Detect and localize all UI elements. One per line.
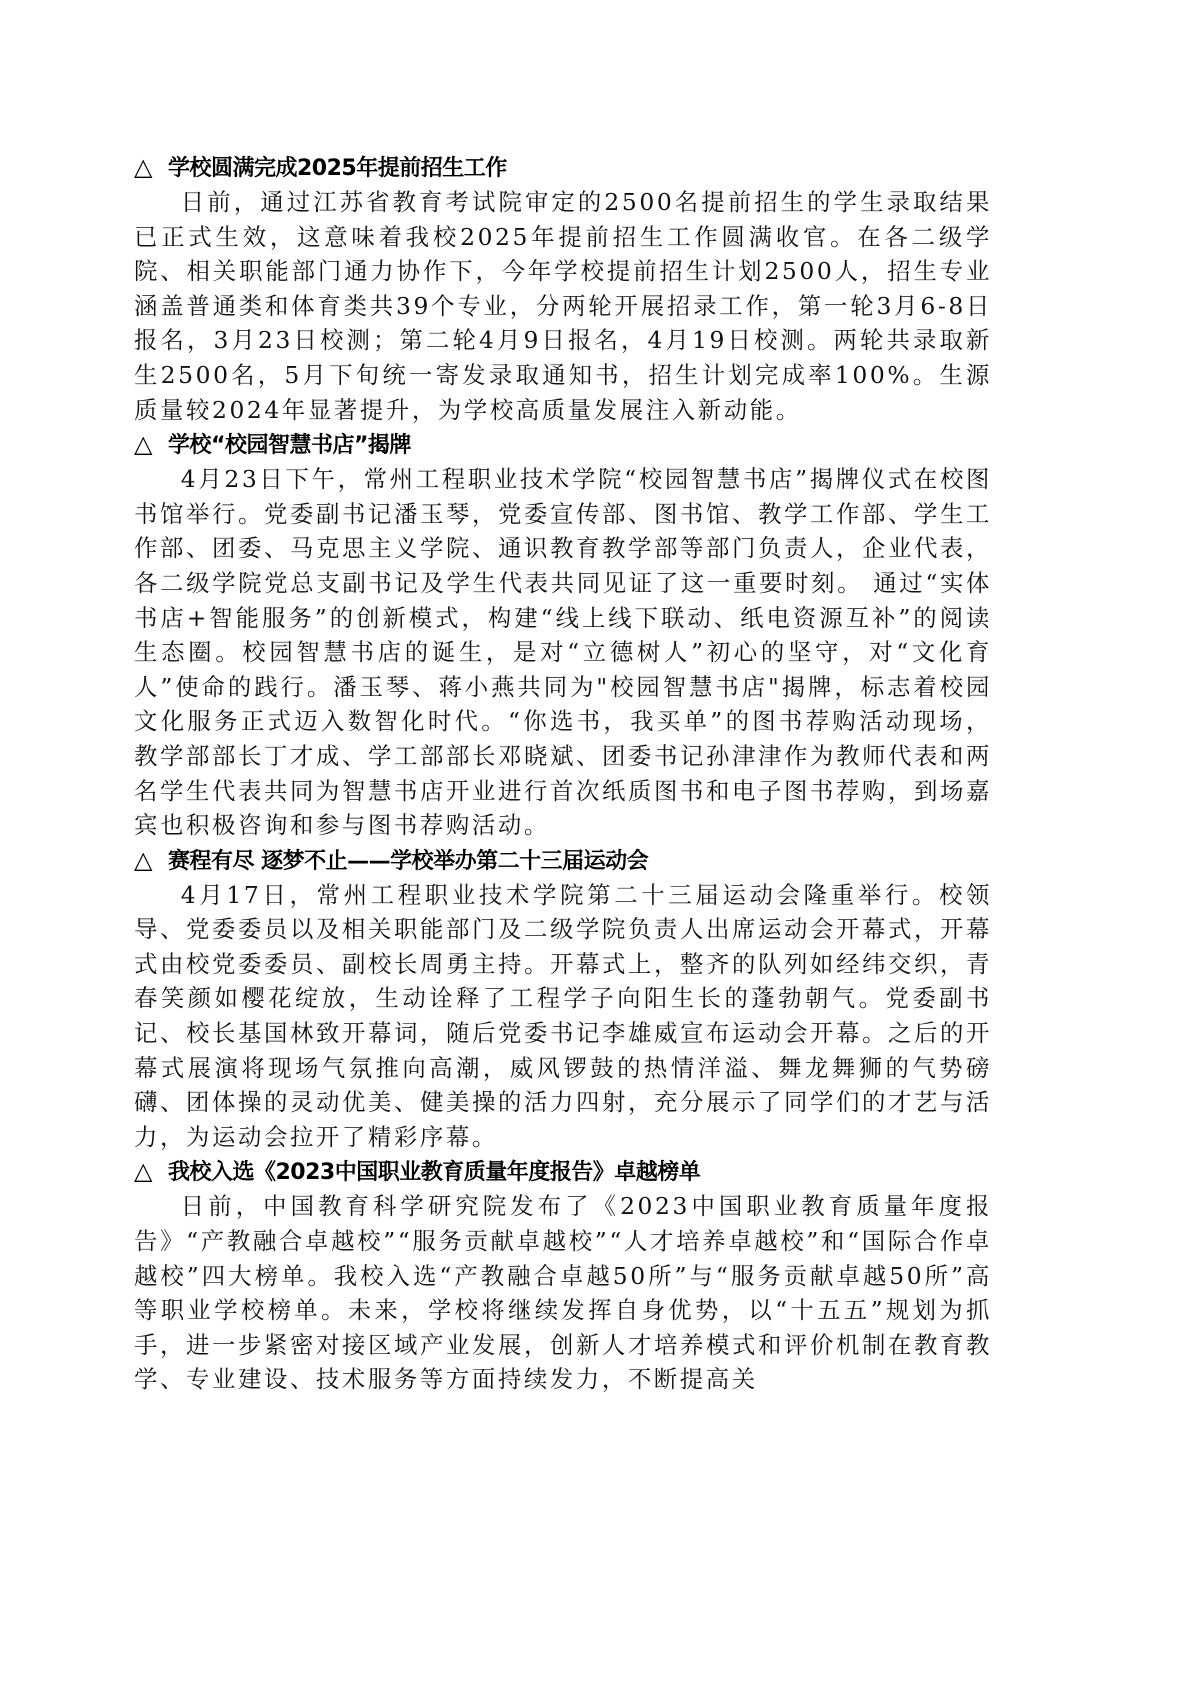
triangle-icon: △ — [134, 1154, 168, 1189]
section-body: 4月23日下午，常州工程职业技术学院“校园智慧书店”揭牌仪式在校图书馆举行。党委… — [134, 462, 992, 843]
section-heading: △学校“校园智慧书店”揭牌 — [134, 427, 992, 462]
section-heading: △我校入选《2023中国职业教育质量年度报告》卓越榜单 — [134, 1154, 992, 1189]
section-body: 4月17日，常州工程职业技术学院第二十三届运动会隆重举行。校领导、党委委员以及相… — [134, 878, 992, 1155]
news-section-bookstore: △学校“校园智慧书店”揭牌 4月23日下午，常州工程职业技术学院“校园智慧书店”… — [134, 427, 992, 843]
section-body: 日前，中国教育科学研究院发布了《2023中国职业教育质量年度报告》“产教融合卓越… — [134, 1189, 992, 1397]
section-title: 学校圆满完成2025年提前招生工作 — [168, 156, 507, 181]
section-body: 日前，通过江苏省教育考试院审定的2500名提前招生的学生录取结果已正式生效，这意… — [134, 185, 992, 427]
section-title: 学校“校园智慧书店”揭牌 — [168, 433, 411, 458]
document-page: △学校圆满完成2025年提前招生工作 日前，通过江苏省教育考试院审定的2500名… — [134, 150, 992, 1397]
section-title: 赛程有尽 逐梦不止——学校举办第二十三届运动会 — [168, 849, 648, 874]
section-heading: △学校圆满完成2025年提前招生工作 — [134, 150, 992, 185]
news-section-admissions: △学校圆满完成2025年提前招生工作 日前，通过江苏省教育考试院审定的2500名… — [134, 150, 992, 427]
section-heading: △赛程有尽 逐梦不止——学校举办第二十三届运动会 — [134, 843, 992, 878]
news-section-quality-report: △我校入选《2023中国职业教育质量年度报告》卓越榜单 日前，中国教育科学研究院… — [134, 1154, 992, 1397]
triangle-icon: △ — [134, 843, 168, 878]
news-section-sports-meet: △赛程有尽 逐梦不止——学校举办第二十三届运动会 4月17日，常州工程职业技术学… — [134, 843, 992, 1155]
triangle-icon: △ — [134, 427, 168, 462]
triangle-icon: △ — [134, 150, 168, 185]
section-title: 我校入选《2023中国职业教育质量年度报告》卓越榜单 — [168, 1160, 700, 1185]
